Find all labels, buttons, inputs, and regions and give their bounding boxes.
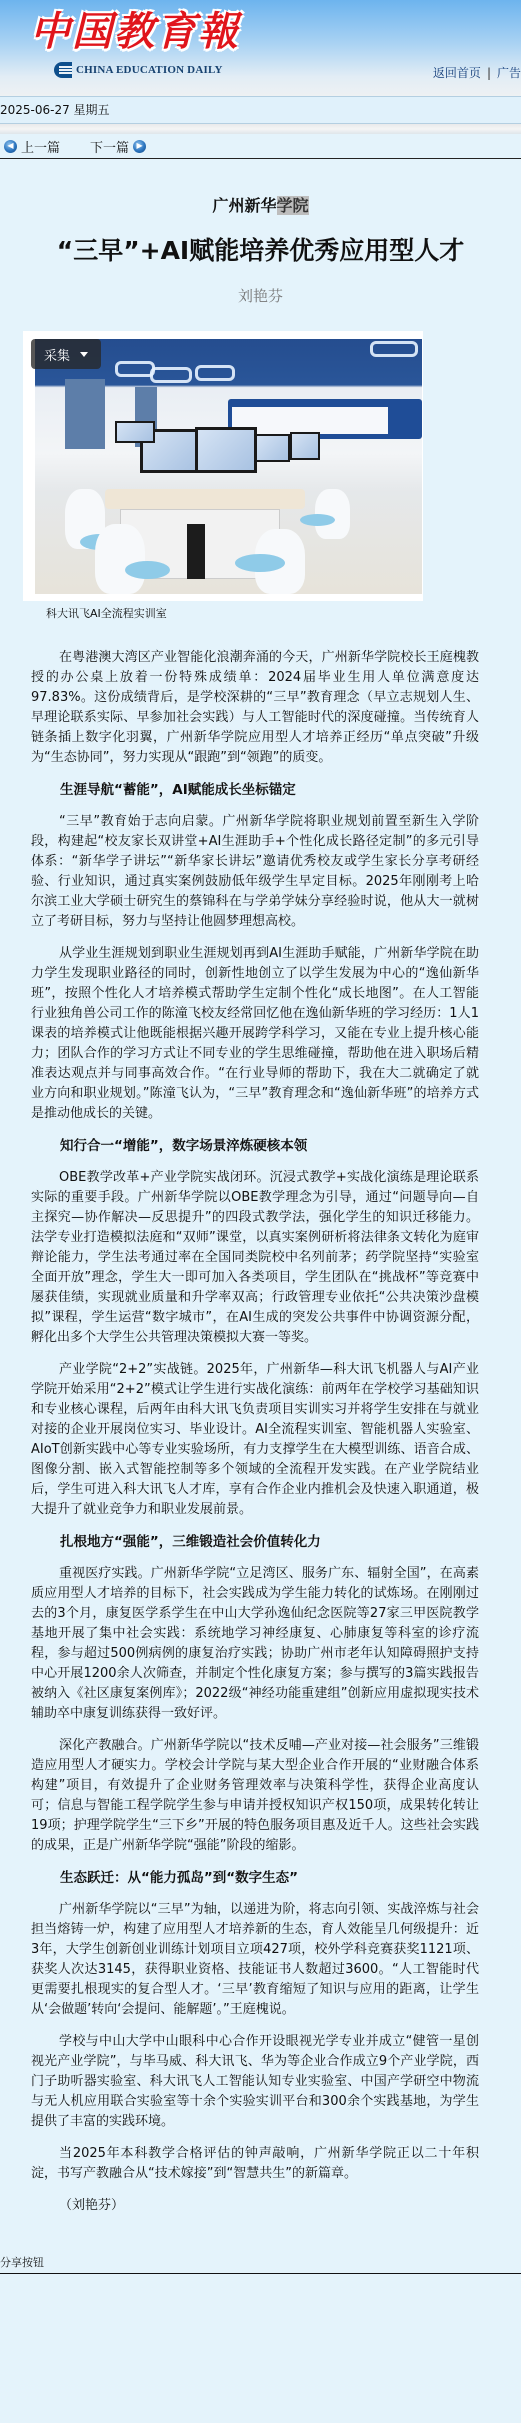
monitor-screen [257,436,288,460]
body-paragraph: “三早”教育始于志向启蒙。广州新华学院将职业规划前置至新生入学阶段，构建起“校友… [31,812,479,932]
collect-dropdown-button[interactable]: 采集 [31,339,101,369]
body-paragraph: 深化产教融合。广州新华学院以“技术反哺—产业对接—社会服务”三维锻造应用型人才硬… [31,1736,479,1856]
article-pager: ◀ 上一篇 下一篇 ▶ [0,134,521,159]
article-title: “三早”+AI赋能培养优秀应用型人才 [0,235,521,267]
photo-caption: 科大讯飞AI全流程实训室 [23,604,423,624]
next-article-label: 下一篇 [90,137,129,156]
share-buttons[interactable]: 分享按钮 [0,2252,521,2274]
footer-spacer [0,2274,521,2278]
pc-tower [187,524,205,579]
logo-chinese[interactable]: 中国教育報 [30,0,240,64]
article-kicker: 广州新华学院 [0,195,521,217]
article: 广州新华学院 “三早”+AI赋能培养优秀应用型人才 刘艳芬 [0,195,521,2216]
desk [105,489,305,509]
ceiling-light [370,341,418,357]
body-paragraph: 广州新华学院以“三早”为轴，以递进为阶，将志向引领、实战淬炼与社会担当熔铸一炉，… [31,1900,479,2020]
monitor-screen [292,434,318,458]
masthead: 中国教育報 CHINA EDUCATION DAILY 返回首页|广告刊 [0,0,521,96]
article-author: 刘艳芬 [0,285,521,307]
section-heading: 扎根地方“强能”，三维锻造社会价值转化力 [31,1532,479,1552]
logo-english: CHINA EDUCATION DAILY [54,62,223,78]
prev-article-label: 上一篇 [21,137,60,156]
body-paragraph: OBE教学改革+产业学院实战闭环。沉浸式教学+实战化演练是理论联系实际的重要手段… [31,1168,479,1348]
next-article-button[interactable]: 下一篇 ▶ [90,137,146,156]
nav-separator: | [487,66,491,80]
section-heading: 知行合一“增能”，数字场景淬炼硬核本领 [31,1136,479,1156]
article-body: 在粤港澳大湾区产业智能化浪潮奔涌的今天，广州新华学院校长王庭槐教授的办公桌上放着… [0,648,521,2216]
article-photo: 采集 [23,331,423,601]
collect-label: 采集 [44,345,70,364]
current-date: 2025-06-27 星期五 [0,103,110,117]
article-figure: 采集 科大讯飞AI全流程实训室 [23,331,423,624]
monitor-screen [117,423,153,441]
body-paragraph: 产业学院“2+2”实战链。2025年，广州新华—科大讯飞机器人与AI产业学院开始… [31,1360,479,1520]
body-paragraph: （刘艳芬） [31,2196,479,2216]
window [65,379,105,449]
kicker-highlighted-text: 学院 [277,196,309,215]
top-nav: 返回首页|广告刊 [433,64,521,81]
ceiling-light [150,367,192,383]
nav-home-link[interactable]: 返回首页 [433,66,481,80]
body-paragraph: 学校与中山大学中山眼科中心合作开设眼视光学专业并成立“健管一星创视光产业学院”，… [31,2032,479,2132]
chair-seat [235,554,285,572]
kicker-text: 广州新华 [212,196,276,215]
newspaper-logo-icon [54,62,72,78]
nav-ads-link[interactable]: 广告刊 [497,66,521,80]
arrow-right-circle-icon: ▶ [133,140,146,153]
section-heading: 生态跃迁：从“能力孤岛”到“数字生态” [31,1868,479,1888]
chair-seat [300,514,335,526]
chair-seat [125,561,170,579]
body-paragraph: 在粤港澳大湾区产业智能化浪潮奔涌的今天，广州新华学院校长王庭槐教授的办公桌上放着… [31,648,479,768]
ceiling-light [195,365,235,381]
ceiling-light [115,361,155,377]
body-paragraph: 重视医疗实践。广州新华学院“立足湾区、服务广东、辐射全国”，在高素质应用型人才培… [31,1564,479,1724]
body-paragraph: 从学业生涯规划到职业生涯规划再到AI生涯助手赋能，广州新华学院在助力学生发现职业… [31,944,479,1124]
chair [95,524,145,594]
divider-stripe [0,124,521,134]
date-bar: 2025-06-27 星期五 [0,96,521,124]
classroom-photo [35,339,422,594]
wall-board [228,399,422,439]
section-heading: 生涯导航“蓄能”，AI赋能成长坐标锚定 [31,780,479,800]
caret-down-icon [80,352,88,357]
prev-article-button[interactable]: ◀ 上一篇 [4,137,60,156]
monitor-screen [198,430,254,470]
logo-english-text: CHINA EDUCATION DAILY [76,64,223,76]
body-paragraph: 当2025年本科教学合格评估的钟声敲响，广州新华学院正以二十年积淀，书写产教融合… [31,2144,479,2184]
arrow-left-circle-icon: ◀ [4,140,17,153]
